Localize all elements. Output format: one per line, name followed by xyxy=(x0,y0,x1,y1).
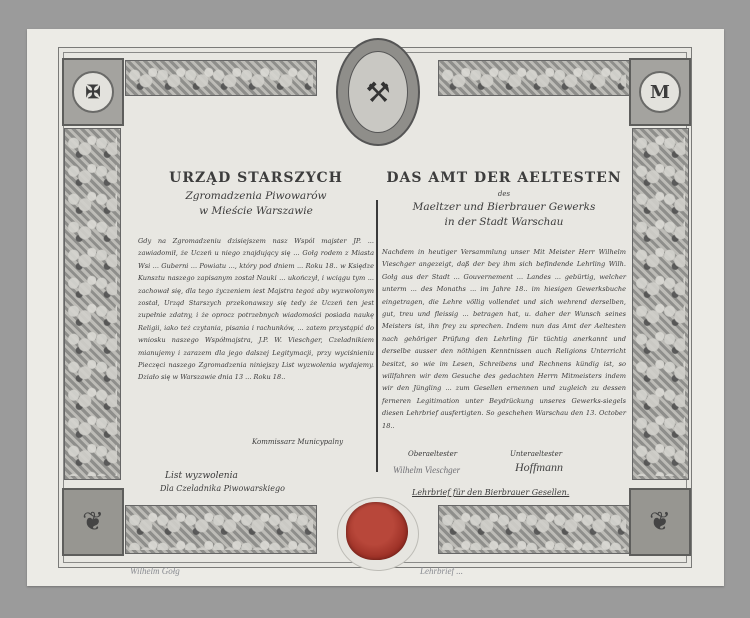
german-title: DAS AMT DER AELTESTEN xyxy=(382,170,626,186)
red-wax-seal xyxy=(346,502,408,560)
polish-body: Gdy na Zgromadzeniu dzisiejszem nasz Wsp… xyxy=(138,235,374,384)
polish-column: URZĄD STARSZYCH Zgromadzenia Piwowarów w… xyxy=(138,170,374,384)
right-footer-title: Lehrbrief für den Bierbrauer Gesellen. xyxy=(412,488,569,497)
corner-monogram: M xyxy=(629,58,691,126)
ornament-band-top-right xyxy=(438,60,630,96)
wheat-sheaf-icon: ❦ xyxy=(82,507,104,537)
junior-elder-signature: Hoffmann xyxy=(515,460,563,475)
german-subtitle-2: in der Stadt Warschau xyxy=(382,216,626,228)
column-divider xyxy=(376,200,378,472)
brewer-tools-oval-icon: ⚒ xyxy=(365,76,390,109)
crowned-monogram-icon: M xyxy=(639,71,681,113)
polish-subtitle-1: Zgromadzenia Piwowarów xyxy=(138,190,374,202)
left-footer-subtitle: Dla Czeladnika Piwowarskiego xyxy=(160,484,285,493)
junior-elder-label: Unteraeltester xyxy=(510,450,562,458)
wheat-sheaf-icon: ❦ xyxy=(649,507,671,537)
german-body: Nachdem in heutiger Versammlung unser Mi… xyxy=(382,246,626,432)
german-des: des xyxy=(382,190,626,198)
guild-emblem: ⚒ xyxy=(336,38,420,146)
senior-elder-signature: Wilhelm Vieschger xyxy=(393,465,460,475)
senior-elder-label: Oberaeltester xyxy=(408,450,457,458)
german-column: DAS AMT DER AELTESTEN des Maeltzer und B… xyxy=(382,170,626,432)
left-footer-title: List wyzwolenia xyxy=(165,471,238,481)
ornament-band-top-left xyxy=(125,60,317,96)
eagle-medallion-icon: ✠ xyxy=(72,71,114,113)
ornament-band-left xyxy=(64,128,121,480)
margin-note-left: Wilhelm Gołg xyxy=(130,566,180,576)
polish-subtitle-2: w Mieście Warszawie xyxy=(138,205,374,217)
corner-wheat-left: ❦ xyxy=(62,488,124,556)
margin-note-right: Lehrbrief ... xyxy=(420,566,463,576)
german-subtitle-1: Maeltzer und Bierbrauer Gewerks xyxy=(382,201,626,213)
polish-title: URZĄD STARSZYCH xyxy=(138,170,374,186)
emblem-inner: ⚒ xyxy=(348,51,408,133)
corner-wheat-right: ❦ xyxy=(629,488,691,556)
commissioner-label: Kommissarz Municypalny xyxy=(252,438,343,446)
ornament-band-bottom-right xyxy=(438,505,630,554)
corner-eagle-medallion: ✠ xyxy=(62,58,124,126)
ornament-band-right xyxy=(632,128,689,480)
ornament-band-bottom-left xyxy=(125,505,317,554)
